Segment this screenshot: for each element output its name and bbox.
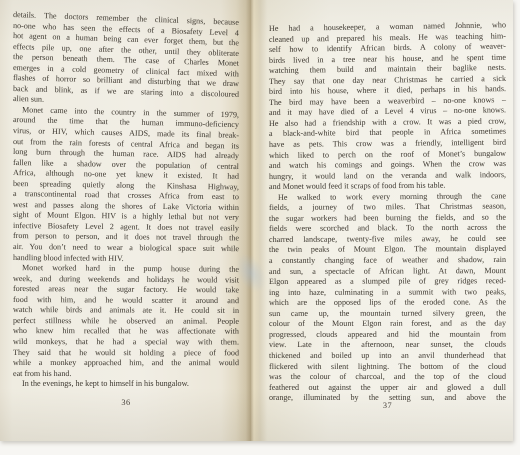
page-text-left: details. The doctors remember the clinic… [13, 10, 239, 390]
text-line: They said that he would sit holding a pi… [13, 348, 239, 359]
text-line: flickered with silent lightning. The bot… [269, 361, 506, 372]
text-line: colour of the Mount Elgon rain forest, a… [269, 319, 506, 330]
text-line: watch while birds and animals ate it. He… [13, 305, 239, 317]
text-line: In the evenings, he kept to himself in h… [13, 379, 239, 390]
text-line: a constantly changing face of weather an… [269, 255, 506, 267]
text-line: eat from his hand. [13, 369, 239, 380]
text-line: wild monkeys, that he had a special way … [13, 337, 239, 348]
text-line: thickened and boiled up into an anvil th… [269, 351, 506, 362]
page-text-right: He had a housekeeper, a woman named John… [269, 24, 506, 404]
book-spread: details. The doctors remember the clinic… [0, 0, 513, 441]
text-line: was the colour of charcoal, and the top … [269, 372, 506, 383]
page-number-right: 37 [269, 401, 506, 410]
text-line: which are the opposed lips of the eroded… [269, 298, 506, 309]
text-line: view. Late in the afternoon, near sunset… [269, 340, 506, 351]
page-number-left: 36 [13, 398, 239, 407]
text-line: feathered out against the upper air and … [269, 383, 506, 394]
text-line: who knew him recalled that he was affect… [13, 326, 239, 337]
text-line: while a monkey approached him, and the a… [13, 358, 239, 369]
book-gutter [236, 0, 268, 441]
text-line: Elgon appeared as a slumped pile of grey… [269, 276, 506, 287]
